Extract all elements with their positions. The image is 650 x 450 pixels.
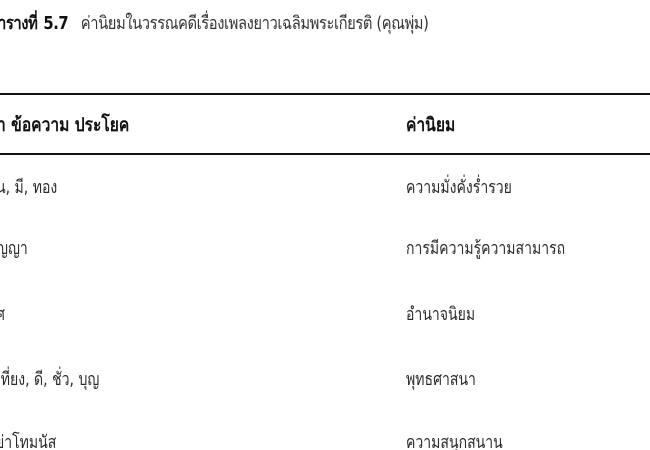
row-3-phrase: ศ <box>0 299 5 328</box>
header-phrase: า ข้อความ ประโยค <box>0 110 129 140</box>
table-header-rule <box>0 153 650 155</box>
header-value: ค่านิยม <box>406 110 455 140</box>
caption-number: 5.7 <box>43 13 68 34</box>
caption-label: ารางที่ <box>0 13 37 34</box>
table-top-rule <box>0 93 650 95</box>
table-caption: ารางที่ 5.7 ค่านิยมในวรรณคดีเรื่องเพลงยา… <box>0 8 428 37</box>
row-4-phrase: ่เที่ยง, ดี, ชั่ว, บุญ <box>0 364 99 393</box>
row-1-value: ความมั่งคั่งร่ำรวย <box>406 172 512 201</box>
row-2-phrase: ญญา <box>0 233 28 262</box>
row-3-value: อำนาจนิยม <box>406 299 475 328</box>
row-1-phrase: น, มี, ทอง <box>0 172 57 201</box>
row-5-value: ความสนุกสนาน <box>406 427 503 450</box>
row-2-value: การมีความรู้ความสามารถ <box>406 233 565 262</box>
row-4-value: พุทธศาสนา <box>406 364 476 393</box>
caption-title: ค่านิยมในวรรณคดีเรื่องเพลงยาวเฉลิมพระเกี… <box>81 13 429 34</box>
row-5-phrase: ย่าโทมนัส <box>0 427 56 450</box>
